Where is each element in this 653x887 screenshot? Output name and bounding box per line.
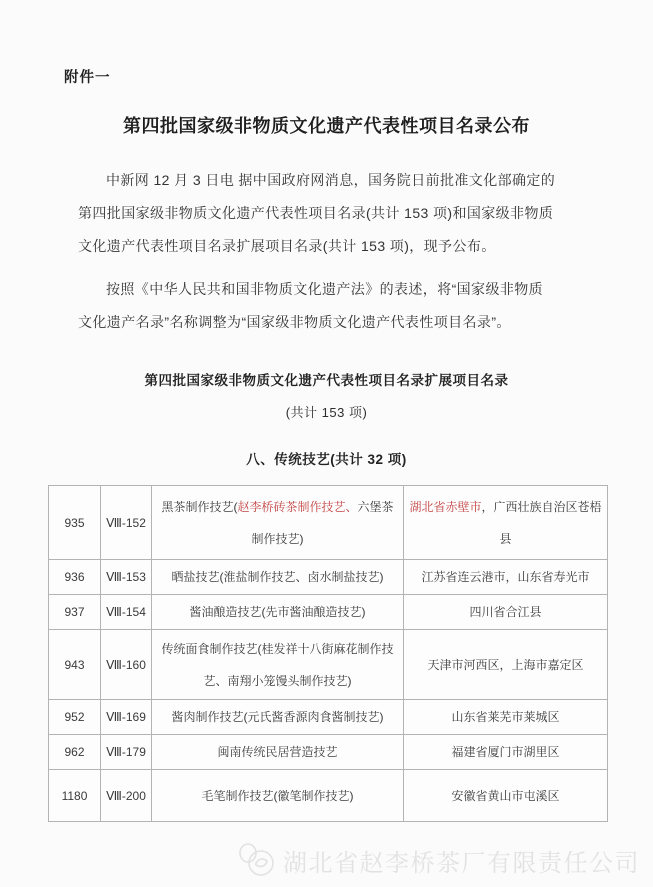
code-cell: Ⅷ-154 [101, 595, 152, 630]
cell-text: 四川省合江县 [469, 605, 541, 619]
table-row: 943Ⅷ-160传统面食制作技艺(桂发祥十八街麻花制作技艺、南翔小笼馒头制作技艺… [49, 630, 608, 700]
paragraph-line: 中新网 12 月 3 日电 据中国政府网消息，国务院日前批准文化部确定的 [78, 164, 583, 197]
page-container: 附件一 第四批国家级非物质文化遗产代表性项目名录公布 中新网 12 月 3 日电… [0, 66, 653, 822]
project-cell: 酱油酿造技艺(先市酱油酿造技艺) [152, 595, 404, 630]
project-cell: 毛笔制作技艺(徽笔制作技艺) [152, 770, 404, 822]
paragraph-line: 按照《中华人民共和国非物质文化遗产法》的表述，将“国家级非物质 [78, 273, 583, 306]
region-cell: 湖北省赤壁市，广西壮族自治区苍梧县 [404, 486, 608, 560]
cell-text: 937 [64, 605, 84, 619]
cell-text: 闽南传统民居营造技艺 [217, 745, 337, 759]
region-cell: 山东省莱芜市莱城区 [404, 700, 608, 735]
paragraph-line: 文化遗产代表性项目名录扩展项目名录(共计 153 项)，现予公布。 [78, 230, 583, 263]
table-row: 935Ⅷ-152黑茶制作技艺(赵李桥砖茶制作技艺、六堡茶制作技艺)湖北省赤壁市，… [49, 486, 608, 560]
cell-text: 酱肉制作技艺(元氏酱香源肉食酱制技艺) [172, 710, 384, 724]
code-cell: Ⅷ-200 [101, 770, 152, 822]
cell-text: Ⅷ-152 [106, 516, 146, 530]
code-cell: Ⅷ-152 [101, 486, 152, 560]
cell-text: 936 [64, 570, 84, 584]
code-cell: Ⅷ-160 [101, 630, 152, 700]
cell-text: 晒盐技艺(淮盐制作技艺、卤水制盐技艺) [172, 570, 384, 584]
company-name: 湖北省赵李桥茶厂有限责任公司 [283, 843, 640, 878]
table-row: 936Ⅷ-153晒盐技艺(淮盐制作技艺、卤水制盐技艺)江苏省连云港市，山东省寿光… [49, 560, 608, 595]
cell-text: 黑茶制作技艺( [161, 500, 237, 514]
doc-title: 第四批国家级非物质文化遗产代表性项目名录公布 [0, 112, 653, 138]
region-cell: 安徽省黄山市屯溪区 [404, 770, 608, 822]
serial-cell: 943 [49, 630, 101, 700]
cell-text: 952 [64, 710, 84, 724]
cell-text: Ⅷ-200 [106, 789, 146, 803]
cell-text: 1180 [62, 789, 88, 803]
cell-text: Ⅷ-160 [106, 658, 146, 672]
table-row: 952Ⅷ-169酱肉制作技艺(元氏酱香源肉食酱制技艺)山东省莱芜市莱城区 [49, 700, 608, 735]
cell-text: Ⅷ-154 [106, 605, 146, 619]
cell-text: 962 [64, 745, 84, 759]
paragraph-line: 文化遗产名录”名称调整为“国家级非物质文化遗产代表性项目名录”。 [78, 306, 583, 339]
cell-text: 山东省莱芜市莱城区 [451, 710, 559, 724]
heritage-table: 935Ⅷ-152黑茶制作技艺(赵李桥砖茶制作技艺、六堡茶制作技艺)湖北省赤壁市，… [48, 485, 608, 822]
serial-cell: 1180 [49, 770, 101, 822]
attachment-label: 附件一 [64, 66, 653, 87]
serial-cell: 935 [49, 486, 101, 560]
code-cell: Ⅷ-153 [101, 560, 152, 595]
cell-text: 安徽省黄山市屯溪区 [451, 789, 559, 803]
cell-text: Ⅷ-179 [106, 745, 146, 759]
serial-cell: 952 [49, 700, 101, 735]
cell-text: 福建省厦门市湖里区 [451, 745, 559, 759]
cell-text: 天津市河西区，上海市嘉定区 [427, 658, 583, 672]
cell-text: 943 [64, 658, 84, 672]
serial-cell: 962 [49, 735, 101, 770]
cell-text: ，广西壮族自治区苍梧县 [482, 500, 602, 546]
tea-factory-logo-icon [236, 840, 278, 880]
cell-text: 江苏省连云港市，山东省寿光市 [421, 570, 589, 584]
renaming-paragraph: 按照《中华人民共和国非物质文化遗产法》的表述，将“国家级非物质 文化遗产名录”名… [78, 273, 583, 339]
cell-text: Ⅷ-169 [106, 710, 146, 724]
heritage-table-body: 935Ⅷ-152黑茶制作技艺(赵李桥砖茶制作技艺、六堡茶制作技艺)湖北省赤壁市，… [49, 486, 608, 822]
company-watermark: 湖北省赵李桥茶厂有限责任公司 [236, 840, 640, 880]
region-cell: 江苏省连云港市，山东省寿光市 [404, 560, 608, 595]
serial-cell: 936 [49, 560, 101, 595]
table-row: 1180Ⅷ-200毛笔制作技艺(徽笔制作技艺)安徽省黄山市屯溪区 [49, 770, 608, 822]
region-cell: 四川省合江县 [404, 595, 608, 630]
paragraph-line: 第四批国家级非物质文化遗产代表性项目名录(共计 153 项)和国家级非物质 [78, 197, 583, 230]
expansion-list-count: (共计 153 项) [0, 402, 653, 421]
intro-paragraph: 中新网 12 月 3 日电 据中国政府网消息，国务院日前批准文化部确定的 第四批… [78, 164, 583, 263]
cell-text: 毛笔制作技艺(徽笔制作技艺) [202, 789, 354, 803]
project-cell: 传统面食制作技艺(桂发祥十八街麻花制作技艺、南翔小笼馒头制作技艺) [152, 630, 404, 700]
highlighted-text: 湖北省赤壁市 [409, 500, 481, 514]
expansion-list-title: 第四批国家级非物质文化遗产代表性项目名录扩展项目名录 [0, 369, 653, 389]
region-cell: 天津市河西区，上海市嘉定区 [404, 630, 608, 700]
cell-text: 935 [64, 516, 84, 530]
serial-cell: 937 [49, 595, 101, 630]
category-heading: 八、传统技艺(共计 32 项) [0, 448, 653, 468]
project-cell: 晒盐技艺(淮盐制作技艺、卤水制盐技艺) [152, 560, 404, 595]
highlighted-text: 赵李桥砖茶制作技艺、 [237, 500, 357, 514]
project-cell: 闽南传统民居营造技艺 [152, 735, 404, 770]
table-row: 962Ⅷ-179闽南传统民居营造技艺福建省厦门市湖里区 [49, 735, 608, 770]
region-cell: 福建省厦门市湖里区 [404, 735, 608, 770]
cell-text: 传统面食制作技艺(桂发祥十八街麻花制作技艺、南翔小笼馒头制作技艺) [162, 642, 394, 688]
code-cell: Ⅷ-169 [101, 700, 152, 735]
code-cell: Ⅷ-179 [101, 735, 152, 770]
cell-text: Ⅷ-153 [106, 570, 146, 584]
cell-text: 酱油酿造技艺(先市酱油酿造技艺) [190, 605, 366, 619]
project-cell: 酱肉制作技艺(元氏酱香源肉食酱制技艺) [152, 700, 404, 735]
table-row: 937Ⅷ-154酱油酿造技艺(先市酱油酿造技艺)四川省合江县 [49, 595, 608, 630]
project-cell: 黑茶制作技艺(赵李桥砖茶制作技艺、六堡茶制作技艺) [152, 486, 404, 560]
